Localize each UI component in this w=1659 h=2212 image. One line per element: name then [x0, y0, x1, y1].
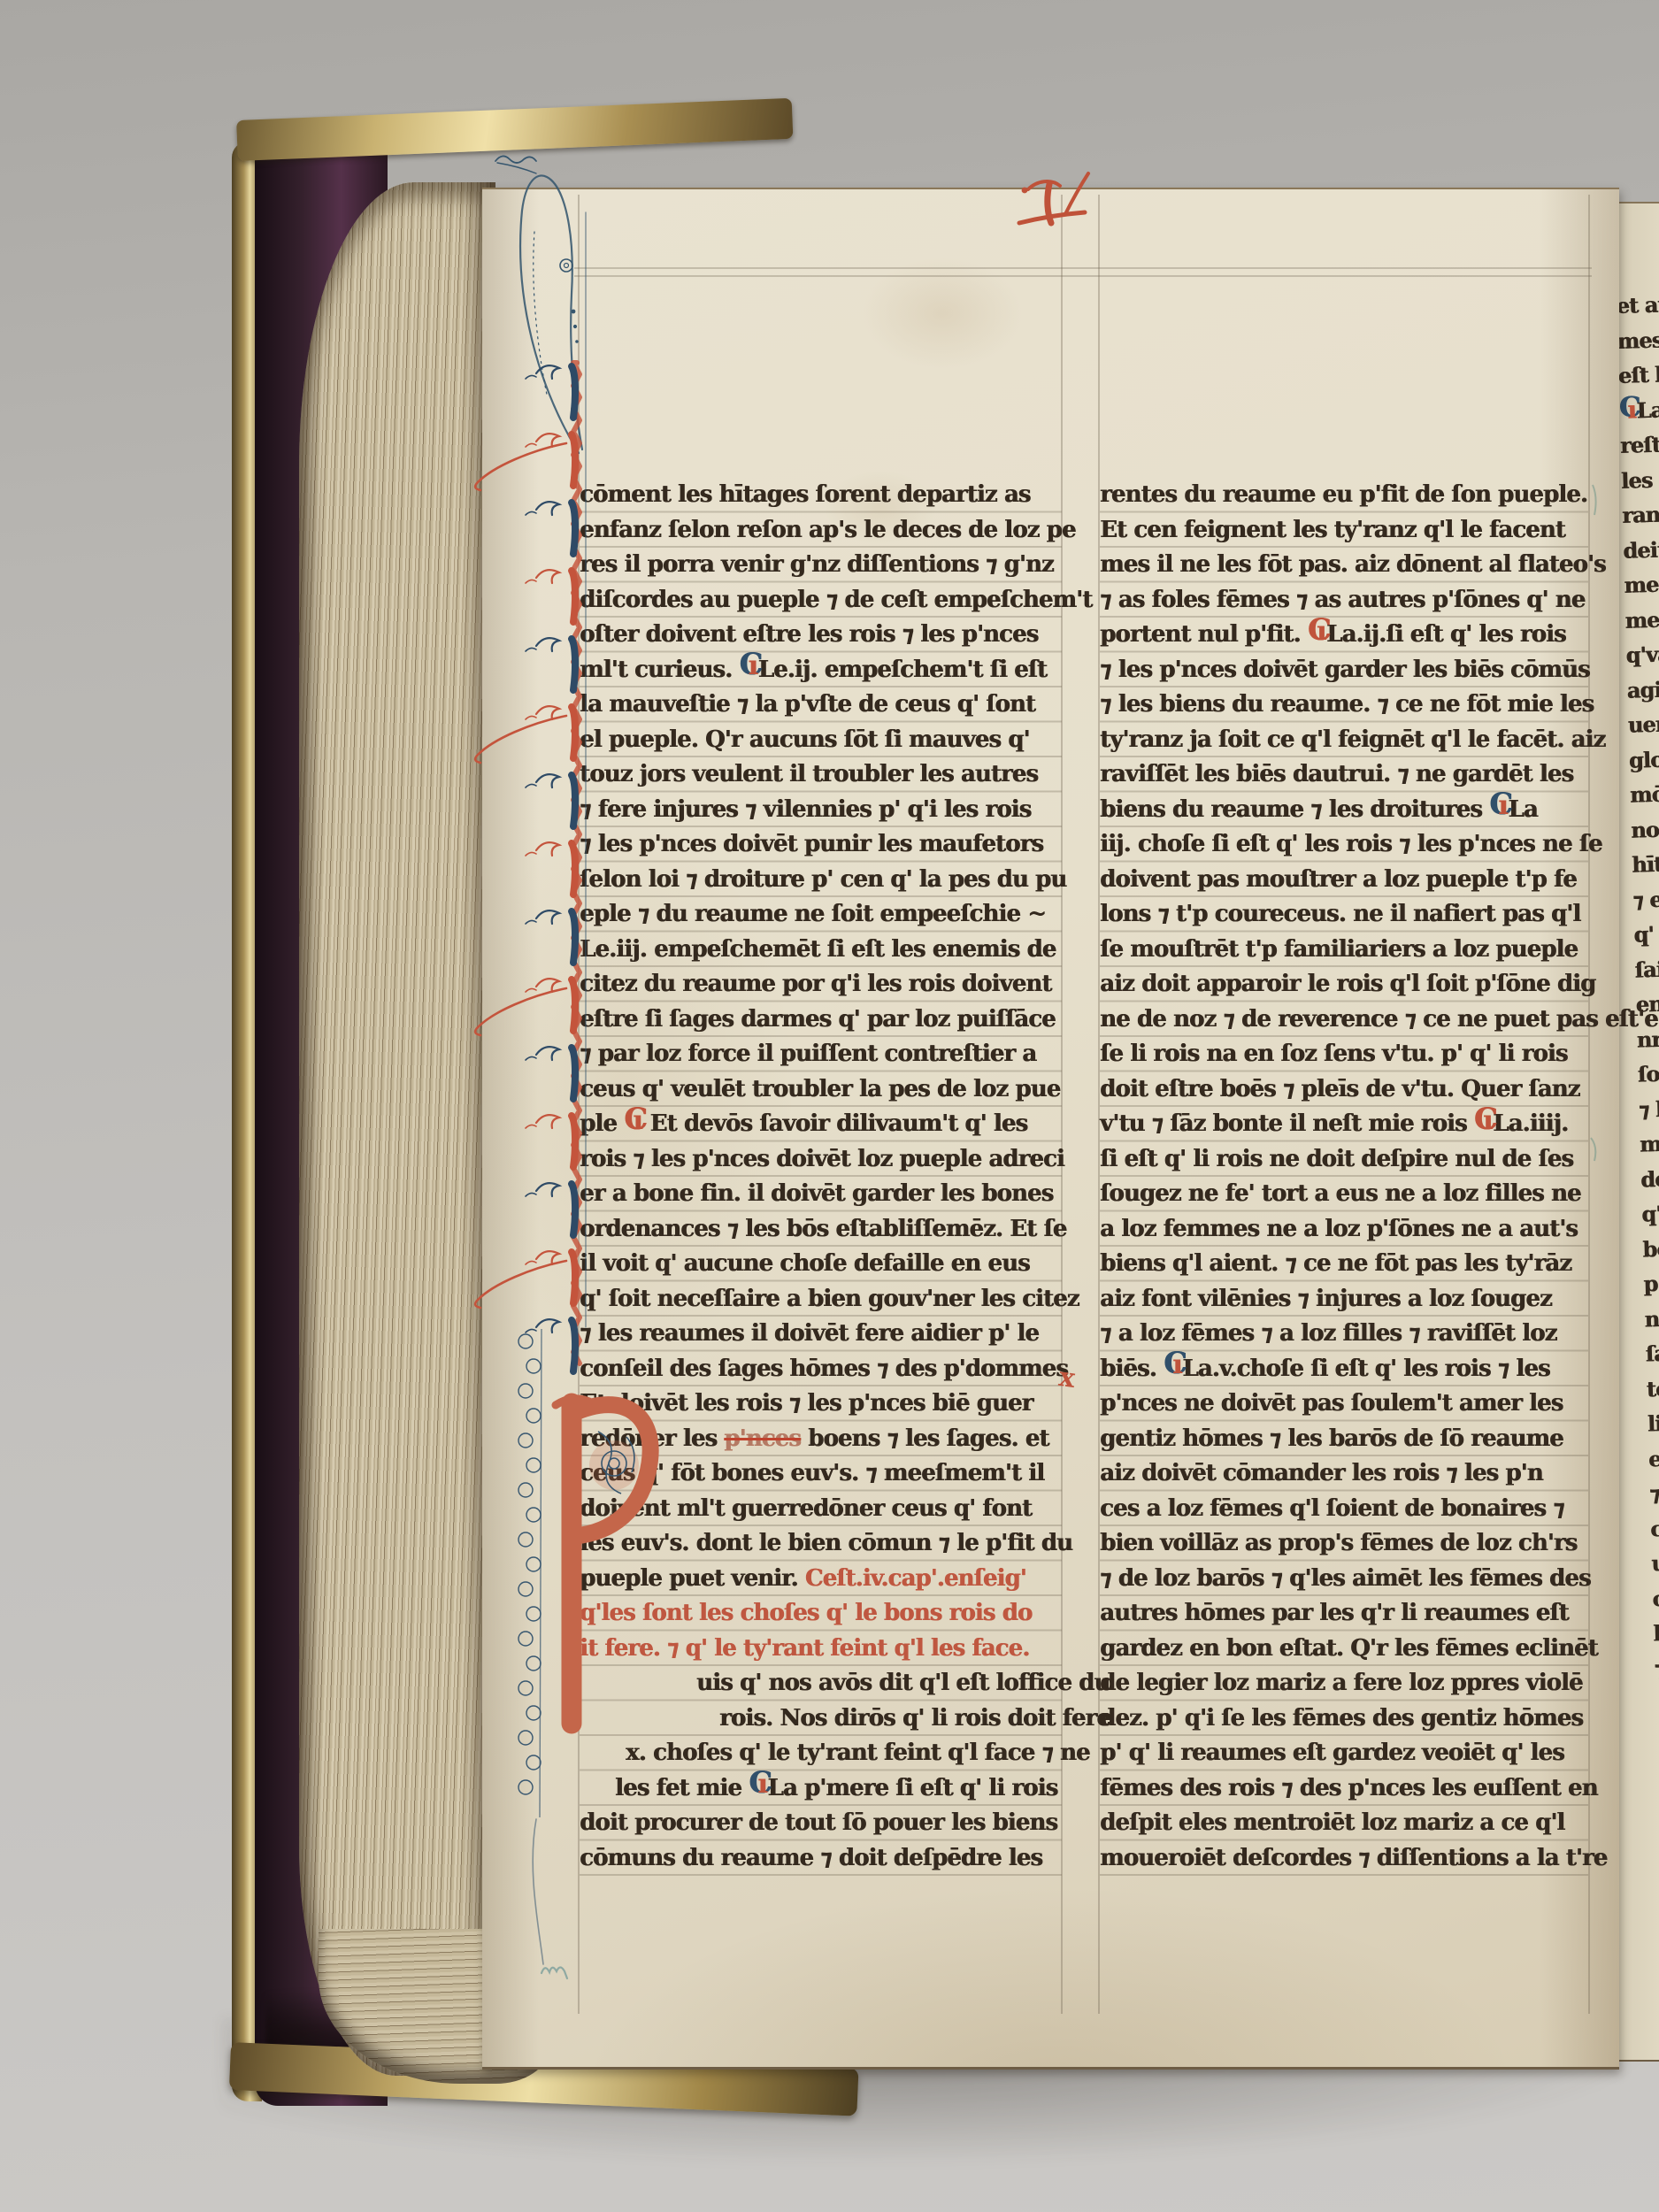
text-line: dez. p' q'i ſe les fēmes des gentiz hōme…: [1100, 1701, 1583, 1737]
text-line: touz jors veulent il troubler les autres: [580, 757, 1038, 793]
text-line: mōs er le': [1629, 774, 1659, 812]
text-line: oſter doivent eſtre les rois ⁊ les p'nce…: [580, 618, 1038, 653]
text-line: rentes du reaume eu p'fit de ſon pueple.: [1100, 478, 1587, 513]
page-edge-stack: [299, 182, 495, 2076]
paraph-initial: Cı: [1474, 1108, 1493, 1131]
text-line: res il porra venir g'nz diſſentions ⁊ g'…: [580, 548, 1054, 583]
text-line: ⁊ les au': [1638, 1089, 1659, 1126]
text-line: deſpit eles mentroiēt loz mariz a ce q'l: [1100, 1806, 1564, 1841]
text-line: uis q' nos avōs dit q'l eſt loffice du: [696, 1666, 1110, 1701]
text-line: eple ⁊ du reaume ne ſoit empeeſchie ~: [580, 897, 1046, 933]
text-line: uertz ⁊ b': [1627, 705, 1659, 743]
text-line: biēs. CıLa.v.choſe ſi eſt q' les rois ⁊ …: [1100, 1352, 1550, 1387]
ruling-line-horizontal: [574, 267, 1592, 269]
text-line: il voit q' aucune choſe defaille en eus: [580, 1247, 1030, 1282]
text-line: cler ⁊ ag': [1650, 1509, 1659, 1547]
paraph-initial: Cı: [624, 1108, 642, 1131]
text-line: li cors ſ': [1647, 1404, 1659, 1441]
margin-note-x: x: [1057, 1362, 1078, 1394]
text-line: hītags ⁊: [1632, 845, 1659, 882]
text-line: ⁊ la reſō: [1654, 1648, 1659, 1686]
text-line: ſanz gl': [1645, 1334, 1659, 1371]
text-line: meſure p': [1624, 565, 1659, 603]
text-line: doit procurer de tout ſō pouer les biens: [580, 1806, 1057, 1841]
text-line: p' meſu': [1643, 1264, 1659, 1302]
ruling-line-vertical: [1588, 195, 1590, 2014]
text-line: cōmuns du reaume ⁊ doit deſpēdre les: [580, 1841, 1042, 1877]
text-line: boi're at': [1642, 1229, 1659, 1267]
text-line: p'nces ne doivēt pas ſoulem't amer les: [1100, 1386, 1563, 1422]
text-line: doit eſtre boēs ⁊ pleīs de v'tu. Quer ſa…: [1100, 1072, 1579, 1108]
text-line: ne t'p ne: [1644, 1299, 1659, 1337]
text-line: deit il vo': [1623, 530, 1659, 568]
text-line: gardez en bon eſtat. Q'r les fēmes eclin…: [1100, 1632, 1598, 1667]
text-line: x. choſes q' le ty'rant feint q'l face ⁊…: [626, 1736, 1090, 1771]
text-line: citez du reaume por q'i les rois doivent: [580, 967, 1051, 1002]
text-line: u q' t'p b': [1651, 1543, 1659, 1581]
text-line: q' ſoit neceſſaire a bien gouv'ner les c…: [580, 1282, 1079, 1317]
text-line: ne de noz ⁊ de reverence ⁊ ce ne puet pa…: [1100, 1002, 1658, 1038]
text-line: q'les ſont les choſes q' le bons rois do: [580, 1596, 1032, 1632]
text-line: ⁊ les reaumes il doivēt fere aidier p' l…: [580, 1317, 1039, 1352]
text-line: de viād': [1640, 1159, 1659, 1196]
text-line: q' li rois: [1641, 1194, 1659, 1232]
text-line: p' q' li reaumes eſt gardez veoiēt q' le…: [1100, 1736, 1564, 1771]
text-line: ⁊ les p'nces doivēt garder les biēs cōmū…: [1100, 653, 1590, 688]
text-line: la mauveſtie ⁊ la p'vſte de ceus q' ſont: [580, 687, 1035, 723]
text-line: ſougez ne fe' tort a eus ne a loz filles…: [1100, 1177, 1581, 1212]
text-line: Et cen feignent les ty'ranz q'l le facen…: [1100, 513, 1565, 549]
text-line: ⁊ les biens du reaume. ⁊ ce ne fōt mie l…: [1100, 687, 1594, 723]
text-line: ⁊ fere injures ⁊ vilennies p' q'i les ro…: [580, 793, 1031, 828]
text-column-left: cōment les hītages ſorent departiz asenf…: [580, 478, 1062, 1878]
paraph-initial: Cı: [749, 1772, 767, 1795]
text-line: ⁊ as foles fēmes ⁊ as autres p'ſōnes q' …: [1100, 583, 1585, 618]
text-line: aiz font vilēnies ⁊ injures a loz ſougez: [1100, 1282, 1552, 1317]
text-line: v'tu ⁊ ſāz bonte il neſt mie rois CıLa.i…: [1100, 1107, 1568, 1142]
text-line: doivent ml't guerredōner ceus q' font: [580, 1492, 1032, 1527]
text-line: mēgiers: [1639, 1125, 1659, 1162]
text-line: biens du reaume ⁊ les droitures CıLa: [1100, 793, 1538, 828]
text-line: it fere. ⁊ q' le ty'rant feint q'l les f…: [580, 1632, 1029, 1667]
text-line: enfanz ſelon reſon ap's le deces de loz …: [580, 513, 1075, 549]
text-line: ordenances ⁊ les bōs eſtabliſſemēz. Et ſ…: [580, 1212, 1066, 1248]
text-line: ml't curieus. CıLe.ij. empeſchem't ſi eſ…: [580, 653, 1047, 688]
text-line: q' deu ſa': [1633, 915, 1659, 953]
text-line: agier il n': [1626, 670, 1659, 708]
text-line: ſainz mē': [1634, 949, 1659, 987]
paraph-initial: Cı: [739, 654, 757, 677]
gilt-edge-top: [236, 98, 793, 161]
text-line: ty'ranz ja ſoit ce q'l feignēt q'l le fa…: [1100, 723, 1605, 758]
text-line: les euv's. dont le bien cōmun ⁊ le p'fit…: [580, 1526, 1072, 1562]
text-line: ſe mouſtrēt t'p familiariers a loz puepl…: [1100, 933, 1578, 968]
text-line: ſon cuer': [1637, 1055, 1659, 1093]
text-line: conſeil des ſages hōmes ⁊ des p'dommes: [580, 1352, 1068, 1387]
text-line: a loz femmes ne a loz p'ſōnes ne a aut's: [1100, 1212, 1578, 1248]
text-line: ⁊ ehbe' q': [1632, 879, 1659, 918]
text-line: autres hōmes par les q'r li reaumes eſt: [1100, 1596, 1569, 1632]
text-line: gentiz hōmes ⁊ les barōs de ſō reaume: [1100, 1422, 1563, 1457]
text-column-right: rentes du reaume eu p'fit de ſon pueple.…: [1100, 478, 1588, 1878]
text-line: Et doivēt les rois ⁊ les p'nces biē guer: [580, 1386, 1033, 1422]
text-line: lons ⁊ t'p coureceus. ne il nafiert pas …: [1100, 897, 1580, 933]
paraph-initial: Cı: [1489, 794, 1508, 817]
text-line: CıLa q': [1618, 391, 1659, 428]
text-line: iij. choſe ſi eſt q' les rois ⁊ les p'nc…: [1100, 827, 1602, 863]
text-line: er a bone fin. il doivēt garder les bone…: [580, 1177, 1053, 1212]
text-line: les ſoug': [1621, 460, 1659, 497]
text-line: ⁊ les p'nces doivēt punir les maufetors: [580, 827, 1043, 863]
text-line: ſelon loi ⁊ droiture p' cen q' la pes du…: [580, 863, 1066, 898]
text-line: eſtre ſi ſages darmes q' par loz puiſſāc…: [580, 1002, 1056, 1038]
text-line: ⁊ de loz barōs ⁊ q'les aimēt les fēmes d…: [1100, 1562, 1591, 1597]
text-line: mes il ne les fōt pas. aiz dōnent al fla…: [1100, 548, 1606, 583]
text-line: tonie q': [1646, 1369, 1659, 1406]
text-line: rois. Nos dirōs q' li rois doit fere: [719, 1701, 1110, 1737]
text-line: et auta': [1616, 286, 1659, 323]
text-line: ble le ſe': [1653, 1613, 1659, 1650]
text-line: les fet mie CıLa p'mere ſi eſt q' li roi…: [615, 1771, 1057, 1807]
ruling-line-horizontal: [574, 275, 1592, 277]
paraph-initial: Cı: [1308, 618, 1326, 641]
text-line: fēmes des rois ⁊ des p'nces les euſſent …: [1100, 1771, 1597, 1807]
text-line: moueroiēt deſcordes ⁊ diſſentions a la t…: [1100, 1841, 1607, 1877]
text-line: doivent pas mouſtrer a loz pueple t'p fe: [1100, 863, 1577, 898]
text-line: mes ce n': [1617, 320, 1659, 358]
text-line: rant q' e': [1622, 495, 1659, 534]
text-line: oivre tro': [1652, 1578, 1659, 1617]
text-line: ſi eſt q' li rois ne doit deſpire nul de…: [1100, 1142, 1573, 1178]
text-line: glob d' m': [1628, 740, 1659, 778]
text-line: ces a loz fēmes q'l ſoient de bonaires ⁊: [1100, 1492, 1564, 1527]
text-line: ple Cı Et devōs ſavoir dilivaum't q' les: [580, 1107, 1027, 1142]
text-line: biens q'l aient. ⁊ ce ne fōt pas les ty'…: [1100, 1247, 1571, 1282]
text-line: reſtre ſo': [1619, 426, 1659, 464]
text-line: rois ⁊ les p'nces doivēt loz pueple adre…: [580, 1142, 1064, 1178]
text-line: q'vans ce': [1625, 634, 1659, 672]
text-line: aiz doivēt cōmander les rois ⁊ les p'n: [1100, 1456, 1543, 1492]
paraph-initial: Cı: [1164, 1353, 1182, 1376]
text-line: mengier ⁊: [1624, 600, 1659, 638]
text-line: ⁊ li ſens: [1648, 1474, 1659, 1511]
text-line: ⁊ par loz force il puiſſent contreſtier …: [580, 1037, 1036, 1072]
text-line: eſt bel ⁊ o': [1617, 355, 1659, 393]
text-line: bien voillāz as prop's fēmes de loz ch'r…: [1100, 1526, 1577, 1562]
manuscript-page: cōment les hītages ſorent departiz asenf…: [482, 188, 1619, 2070]
text-line: redōner les p'nces boens ⁊ les ſages. et: [580, 1422, 1048, 1457]
text-line: ſe li rois na en ſoz ſens v'tu. p' q' li…: [1100, 1037, 1567, 1072]
text-line: de legier loz mariz a fere loz ppres vio…: [1100, 1666, 1583, 1701]
text-line: ceus q' fōt bones euv's. ⁊ meeſmem't il: [580, 1456, 1044, 1492]
text-line: diſcordes au pueple ⁊ de ceſt empeſchem'…: [580, 583, 1092, 618]
text-line: portent nul p'fit. CıLa.ij.ſi eſt q' les…: [1100, 618, 1566, 653]
text-line: pueple puet venir. Ceſt.iv.cap'.enſeig': [580, 1562, 1026, 1597]
manuscript-photo: { "description": "Photograph of an opene…: [0, 0, 1659, 2212]
paraph-initial: Cı: [1618, 396, 1636, 419]
text-line: ceus q' veulēt troubler la pes de loz pu…: [580, 1072, 1060, 1108]
text-line: el pueple. Q'r aucuns ſōt ſi mauves q': [580, 723, 1029, 758]
text-line: cōment les hītages ſorent departiz as: [580, 478, 1030, 513]
text-line: Le.iij. empeſchemēt ſi eſt les enemis de: [580, 933, 1056, 968]
text-line: nous q' d': [1631, 810, 1659, 848]
text-line: en ſante': [1647, 1439, 1659, 1477]
text-line: aiz doit apparoir le rois q'l ſoit p'ſōn…: [1100, 967, 1595, 1002]
